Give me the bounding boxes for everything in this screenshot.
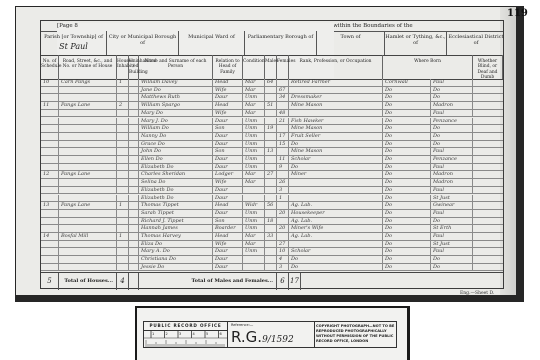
cell-blind [473, 102, 503, 110]
cell-occupation: Do [289, 264, 383, 272]
cell-schedule [41, 133, 59, 141]
cell-blind [473, 148, 503, 156]
cell-name: Elizabeth Do [139, 195, 213, 203]
cell-relation: Daur [213, 187, 243, 195]
census-row: John DoSonUnm13Mine MasonDoPaul [41, 148, 503, 156]
cell-name: Grace Do [139, 141, 213, 149]
col-header-female_age: Females [277, 55, 289, 79]
cell-born_parish: Do [431, 256, 473, 264]
cell-inhabited [117, 156, 129, 164]
cell-address [59, 133, 117, 141]
cell-relation: Daur [213, 195, 243, 203]
cell-address: Pangs Lane [59, 171, 117, 179]
census-row: Elizabeth DoDaur3DoPaul [41, 187, 503, 195]
cell-uninhab [129, 110, 139, 118]
cell-relation: Son [213, 125, 243, 133]
cell-blind [473, 202, 503, 210]
cell-relation: Wife [213, 87, 243, 95]
cell-born_county: Do [383, 248, 431, 256]
cell-born_county: Do [383, 210, 431, 218]
col-header-condition: Condition [243, 55, 265, 79]
cell-occupation: Fruit Seller [289, 133, 383, 141]
cell-blind [473, 87, 503, 95]
ruler-scale-icon: 123456 [144, 330, 227, 347]
census-row: Grace DoDaurUnm15DoDoDo [41, 141, 503, 149]
cell-relation: Son [213, 148, 243, 156]
cell-male_age: 33 [265, 233, 277, 241]
cell-condition: Unm [243, 141, 265, 149]
district-0: Parish [or Township] ofSt Paul [41, 31, 107, 55]
cell-address [59, 87, 117, 95]
cell-born_county: Do [383, 233, 431, 241]
cell-female_age: 21 [277, 118, 289, 126]
cell-name: Nanny Do [139, 133, 213, 141]
cell-male_age [265, 256, 277, 264]
census-row: William DoSonUnm19Mine MasonDoDo [41, 125, 503, 133]
cell-condition: Unm [243, 118, 265, 126]
cell-born_county: Do [383, 102, 431, 110]
cell-uninhab [129, 125, 139, 133]
folio-number: 119 [507, 8, 528, 19]
cell-male_age [265, 164, 277, 172]
district-5: Hamlet or Tything, &c., of [385, 31, 447, 55]
cell-condition: Unm [243, 225, 265, 233]
census-row: 10Carn Pangs1William DaveyHeadMar64Retir… [41, 79, 503, 87]
cell-inhabited [117, 210, 129, 218]
cell-address [59, 110, 117, 118]
cell-blind [473, 125, 503, 133]
cell-male_age [265, 195, 277, 203]
cell-uninhab [129, 156, 139, 164]
col-header-schedule: No. of Schedule [41, 55, 59, 79]
cell-condition: Mar [243, 87, 265, 95]
cell-address: Bosfal Mill [59, 233, 117, 241]
cell-condition: Unm [243, 248, 265, 256]
cell-male_age [265, 225, 277, 233]
cell-female_age [277, 102, 289, 110]
cell-female_age: 34 [277, 94, 289, 102]
cell-relation: Daur [213, 210, 243, 218]
col-header-blind: Whether Blind, or Deaf and Dumb [473, 55, 503, 79]
cell-occupation: Miner [289, 171, 383, 179]
cell-female_age: 1 [277, 195, 289, 203]
cell-uninhab [129, 118, 139, 126]
cell-schedule [41, 164, 59, 172]
cell-born_parish: Do [431, 218, 473, 226]
cell-relation: Boarder [213, 225, 243, 233]
cell-schedule: 13 [41, 202, 59, 210]
cell-name: Charles Sheridan [139, 171, 213, 179]
cell-condition: Unm [243, 125, 265, 133]
cell-inhabited [117, 264, 129, 272]
cell-inhabited [117, 148, 129, 156]
cell-schedule: 12 [41, 171, 59, 179]
cell-male_age [265, 179, 277, 187]
sheet-footer: Eng.—Sheet D. [460, 291, 494, 296]
cell-schedule [41, 118, 59, 126]
cell-inhabited [117, 225, 129, 233]
cell-born_county: Do [383, 241, 431, 249]
cell-inhabited [117, 248, 129, 256]
cell-female_age: 20 [277, 210, 289, 218]
cell-address [59, 264, 117, 272]
cell-occupation: Dressmaker [289, 94, 383, 102]
cell-female_age: 26 [277, 179, 289, 187]
cell-name: John Do [139, 148, 213, 156]
cell-occupation [289, 87, 383, 95]
cell-inhabited [117, 171, 129, 179]
cell-born_parish: Paul [431, 148, 473, 156]
cell-occupation [289, 195, 383, 203]
cell-address [59, 241, 117, 249]
cell-male_age: 19 [265, 125, 277, 133]
cell-born_county: Do [383, 179, 431, 187]
cell-uninhab [129, 102, 139, 110]
svg-text:4: 4 [193, 332, 196, 336]
cell-name: Selina Do [139, 179, 213, 187]
houses-label: Total of Houses... [59, 273, 117, 290]
cell-occupation: Miner's Wife [289, 225, 383, 233]
cell-male_age [265, 264, 277, 272]
cell-born_parish: Paul [431, 164, 473, 172]
cell-relation: Lodger [213, 171, 243, 179]
cell-male_age: 64 [265, 79, 277, 87]
cell-name: Matthews Ruth [139, 94, 213, 102]
cell-occupation: Scholar [289, 248, 383, 256]
cell-relation: Wife [213, 241, 243, 249]
cell-schedule [41, 125, 59, 133]
cell-condition: Mar [243, 110, 265, 118]
cell-schedule [41, 241, 59, 249]
cell-schedule [41, 187, 59, 195]
cell-born_parish: Madron [431, 171, 473, 179]
total-schedules: 5 [41, 273, 59, 290]
cell-born_county: Do [383, 187, 431, 195]
cell-inhabited [117, 110, 129, 118]
total-males: 6 [277, 273, 289, 290]
cell-occupation: Housekeeper [289, 210, 383, 218]
cell-born_parish: Penzance [431, 118, 473, 126]
cell-condition: Mar [243, 79, 265, 87]
cell-born_county: Do [383, 202, 431, 210]
cell-relation: Head [213, 233, 243, 241]
cell-female_age [277, 148, 289, 156]
cell-uninhab [129, 264, 139, 272]
cell-born_parish: St Just [431, 195, 473, 203]
cell-schedule [41, 87, 59, 95]
cell-blind [473, 133, 503, 141]
cell-occupation: Do [289, 256, 383, 264]
census-row: Matthews RuthDaurUnm34DressmakerDoDo [41, 94, 503, 102]
col-header-inhabited: Houses Inhabited [117, 55, 129, 79]
cell-inhabited [117, 133, 129, 141]
cell-address [59, 141, 117, 149]
cell-schedule [41, 141, 59, 149]
cell-male_age [265, 210, 277, 218]
cell-female_age: 17 [277, 133, 289, 141]
total-females: 17 [289, 273, 301, 290]
cell-blind [473, 225, 503, 233]
col-header-address: Road, Street, &c., and No. or Name of Ho… [59, 55, 117, 79]
cell-born_county: Do [383, 218, 431, 226]
cell-schedule: 10 [41, 79, 59, 87]
total-houses: 4 [117, 273, 129, 290]
cell-name: Jane Do [139, 87, 213, 95]
cell-condition: Mar [243, 241, 265, 249]
cell-relation: Son [213, 218, 243, 226]
cell-born_county: Do [383, 110, 431, 118]
cell-occupation [289, 110, 383, 118]
cell-blind [473, 171, 503, 179]
cell-schedule [41, 195, 59, 203]
cell-condition: Unm [243, 218, 265, 226]
district-1: City or Municipal Borough of [107, 31, 179, 55]
cell-schedule [41, 110, 59, 118]
cell-name: Richard J. Tippet [139, 218, 213, 226]
cell-inhabited [117, 125, 129, 133]
cell-blind [473, 187, 503, 195]
cell-relation: Wife [213, 110, 243, 118]
cell-uninhab [129, 233, 139, 241]
col-header-male_age: Males [265, 55, 277, 79]
cell-female_age [277, 218, 289, 226]
cell-blind [473, 141, 503, 149]
cell-condition: Unm [243, 156, 265, 164]
cell-occupation: Scholar [289, 156, 383, 164]
cell-address [59, 125, 117, 133]
cell-blind [473, 256, 503, 264]
cell-born_parish: Do [431, 94, 473, 102]
cell-name: Thomas Tippet [139, 202, 213, 210]
cell-male_age [265, 110, 277, 118]
cell-blind [473, 79, 503, 87]
cell-name: Mary A. Do [139, 248, 213, 256]
census-row: Mary DoWifeMar48DoPaul [41, 110, 503, 118]
census-row: 13Pangs Lane1Thomas TippetHeadWidr56Ag. … [41, 202, 503, 210]
cell-condition: Unm [243, 133, 265, 141]
cell-schedule: 11 [41, 102, 59, 110]
cell-condition: Mar [243, 179, 265, 187]
census-row: Mary J. DoDaurUnm21Fish HawkerDoPenzance [41, 118, 503, 126]
cell-born_county: Do [383, 264, 431, 272]
cell-born_county: Cornwall [383, 79, 431, 87]
cell-uninhab [129, 256, 139, 264]
cell-schedule [41, 148, 59, 156]
cell-male_age [265, 94, 277, 102]
cell-schedule [41, 264, 59, 272]
census-row: Ellen DoDaurUnm11ScholarDoPenzance [41, 156, 503, 164]
cell-uninhab [129, 248, 139, 256]
cell-uninhab [129, 87, 139, 95]
cell-occupation: Mine Mason [289, 102, 383, 110]
cell-schedule [41, 156, 59, 164]
census-row: Elizabeth DoDaurUnm9DoDoPaul [41, 164, 503, 172]
cell-inhabited [117, 94, 129, 102]
cell-address [59, 218, 117, 226]
district-2: Municipal Ward of [179, 31, 245, 55]
cell-male_age: 56 [265, 202, 277, 210]
cell-address [59, 225, 117, 233]
cell-female_age [277, 125, 289, 133]
cell-address [59, 256, 117, 264]
cell-name: Thomas Harvey [139, 233, 213, 241]
cell-occupation: Do [289, 141, 383, 149]
cell-blind [473, 156, 503, 164]
census-row: 12Pangs LaneCharles SheridanLodgerMar27M… [41, 171, 503, 179]
census-row: Hannah JamesBoarderUnm20Miner's WifeDoSt… [41, 225, 503, 233]
reference-prefix: R.G. [231, 328, 262, 346]
cell-blind [473, 241, 503, 249]
cell-born_parish: Do [431, 87, 473, 95]
cell-female_age: 3 [277, 264, 289, 272]
cell-address [59, 195, 117, 203]
cell-occupation: Do [289, 164, 383, 172]
cell-relation: Daur [213, 164, 243, 172]
cell-female_age: 9 [277, 164, 289, 172]
cell-blind [473, 233, 503, 241]
cell-female_age: 27 [277, 241, 289, 249]
cell-address [59, 164, 117, 172]
cell-occupation [289, 187, 383, 195]
blank-end [301, 273, 515, 290]
cell-occupation: Ag. Lab. [289, 233, 383, 241]
cell-uninhab [129, 171, 139, 179]
cell-address: Carn Pangs [59, 79, 117, 87]
reference-label: Reference:— [231, 323, 253, 327]
cell-condition: Unm [243, 148, 265, 156]
cell-address: Pangs Lane [59, 202, 117, 210]
cell-address [59, 94, 117, 102]
totals-row: 5Total of Houses...4Total of Males and F… [41, 272, 503, 290]
cell-uninhab [129, 195, 139, 203]
col-header-relation: Relation to Head of Family [213, 55, 243, 79]
cell-name: William Spargo [139, 102, 213, 110]
cell-born_county: Do [383, 148, 431, 156]
cell-male_age: 51 [265, 102, 277, 110]
census-row: 14Bosfal Mill1Thomas HarveyHeadMar33Ag. … [41, 233, 503, 241]
district-headers: Parish [or Township] ofSt PaulCity or Mu… [41, 31, 503, 56]
col-header-name: Name and Surname of each Person [139, 55, 213, 79]
cell-uninhab [129, 133, 139, 141]
cell-condition [243, 256, 265, 264]
cell-born_county: Do [383, 141, 431, 149]
cell-address [59, 118, 117, 126]
cell-name: Mary Do [139, 110, 213, 118]
copyright-notice: COPYRIGHT PHOTOGRAPH—NOT TO BE REPRODUCE… [316, 324, 396, 344]
cell-blind [473, 218, 503, 226]
cell-born_county: Do [383, 94, 431, 102]
cell-name: Jessie Do [139, 264, 213, 272]
cell-condition [243, 264, 265, 272]
cell-address: Pangs Lane [59, 102, 117, 110]
cell-relation: Wife [213, 179, 243, 187]
cell-name: Sarah Tippet [139, 210, 213, 218]
cell-female_age [277, 79, 289, 87]
cell-female_age [277, 233, 289, 241]
cell-inhabited: 1 [117, 202, 129, 210]
cell-born_parish: Madron [431, 102, 473, 110]
cell-female_age: 15 [277, 141, 289, 149]
blank [129, 273, 139, 290]
cell-relation: Head [213, 79, 243, 87]
cell-relation: Head [213, 202, 243, 210]
cell-born_parish: Penzance [431, 156, 473, 164]
cell-male_age: 27 [265, 171, 277, 179]
cell-male_age [265, 87, 277, 95]
census-row: Mary A. DoDaurUnm10ScholarDoPaul [41, 248, 503, 256]
cell-condition: Widr [243, 202, 265, 210]
district-label: Parliamentary Borough of [245, 34, 316, 40]
cell-uninhab [129, 202, 139, 210]
reference-number: 9/1592 [262, 335, 294, 345]
scale-ruler: 123456 [144, 330, 228, 347]
cell-schedule [41, 179, 59, 187]
cell-male_age: 13 [265, 148, 277, 156]
cell-born_parish: Gwinear [431, 202, 473, 210]
cell-condition: Mar [243, 102, 265, 110]
cell-uninhab [129, 241, 139, 249]
cell-schedule [41, 225, 59, 233]
cell-uninhab [129, 164, 139, 172]
district-label: City or Municipal Borough of [107, 34, 178, 46]
district-label: Hamlet or Tything, &c., of [385, 34, 446, 46]
cell-occupation: Fish Hawker [289, 118, 383, 126]
cell-condition: Mar [243, 233, 265, 241]
cell-born_county: Do [383, 118, 431, 126]
cell-inhabited: 1 [117, 233, 129, 241]
cell-born_county: Do [383, 156, 431, 164]
census-row: Sarah TippetDaurUnm20HousekeeperDoPaul [41, 210, 503, 218]
cell-schedule [41, 256, 59, 264]
cell-relation: Daur [213, 256, 243, 264]
cell-born_county: Do [383, 171, 431, 179]
cell-born_county: Do [383, 225, 431, 233]
cell-female_age: 11 [277, 156, 289, 164]
cell-relation: Head [213, 102, 243, 110]
cell-inhabited [117, 179, 129, 187]
cell-condition: Unm [243, 94, 265, 102]
cell-schedule: 14 [41, 233, 59, 241]
cell-address [59, 148, 117, 156]
cell-relation: Daur [213, 156, 243, 164]
cell-born_county: Do [383, 133, 431, 141]
census-row: 11Pangs Lane2William SpargoHeadMar51Mine… [41, 102, 503, 110]
cell-blind [473, 110, 503, 118]
cell-born_parish: Paul [431, 233, 473, 241]
cell-name: Eliza Do [139, 241, 213, 249]
cell-born_parish: Paul [431, 187, 473, 195]
cell-name: Elizabeth Do [139, 164, 213, 172]
cell-male_age [265, 156, 277, 164]
cell-occupation: Mine Mason [289, 148, 383, 156]
cell-born_parish: Madron [431, 179, 473, 187]
cell-inhabited [117, 141, 129, 149]
district-label: Ecclesiastical District of [447, 34, 505, 46]
cell-blind [473, 210, 503, 218]
cell-male_age [265, 241, 277, 249]
cell-blind [473, 195, 503, 203]
cell-inhabited [117, 195, 129, 203]
svg-text:5: 5 [206, 332, 208, 336]
cell-schedule [41, 210, 59, 218]
cell-relation: Daur [213, 94, 243, 102]
cell-inhabited [117, 187, 129, 195]
svg-text:1: 1 [152, 332, 154, 336]
cell-female_age: 20 [277, 225, 289, 233]
census-row: Elizabeth DoDaur1DoSt Just [41, 195, 503, 203]
cell-inhabited: 2 [117, 102, 129, 110]
cell-blind [473, 94, 503, 102]
